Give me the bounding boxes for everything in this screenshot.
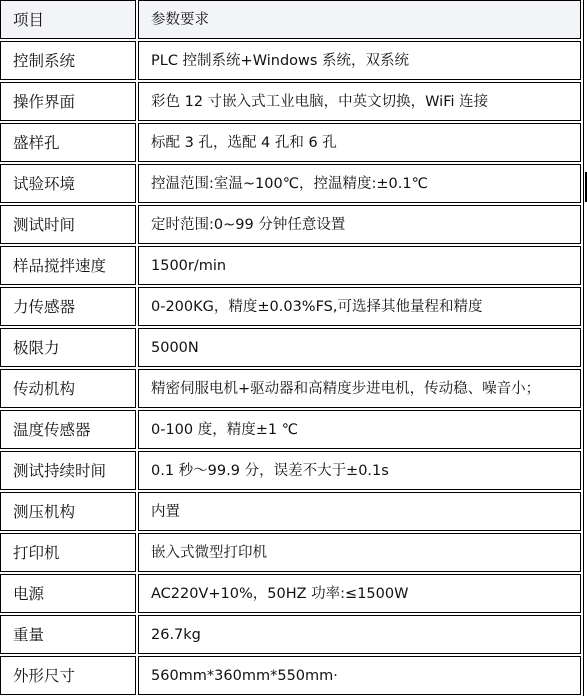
table-row: 测试时间 定时范围:0~99 分钟任意设置 bbox=[0, 205, 581, 244]
table-row: 极限力 5000N bbox=[0, 328, 581, 367]
row-value-cell: 精密伺服电机+驱动器和高精度步进电机，传动稳、噪音小； bbox=[138, 369, 581, 408]
row-value-cell: PLC 控制系统+Windows 系统，双系统 bbox=[138, 41, 581, 80]
row-value-cell: 5000N bbox=[138, 328, 581, 367]
table-row: 外形尺寸 560mm*360mm*550mm· bbox=[0, 656, 581, 695]
row-value-cell: 560mm*360mm*550mm· bbox=[138, 656, 581, 695]
table-row: 测试持续时间 0.1 秒～99.9 分，误差不大于±0.1s bbox=[0, 451, 581, 490]
row-item-cell: 打印机 bbox=[0, 533, 136, 572]
row-item-cell: 操作界面 bbox=[0, 82, 136, 121]
row-item-cell: 盛样孔 bbox=[0, 123, 136, 162]
row-value-cell: 1500r/min bbox=[138, 246, 581, 285]
row-item-cell: 极限力 bbox=[0, 328, 136, 367]
header-value-cell: 参数要求 bbox=[138, 0, 581, 39]
table-row: 电源 AC220V+10%，50HZ 功率:≤1500W bbox=[0, 574, 581, 613]
table-row: 样品搅拌速度 1500r/min bbox=[0, 246, 581, 285]
row-item-cell: 传动机构 bbox=[0, 369, 136, 408]
table-row: 温度传感器 0-100 度，精度±1 ℃ bbox=[0, 410, 581, 449]
table-row: 重量 26.7kg bbox=[0, 615, 581, 654]
table-header-row: 项目 参数要求 bbox=[0, 0, 581, 39]
row-item-cell: 重量 bbox=[0, 615, 136, 654]
table-row: 试验环境 控温范围:室温~100℃，控温精度:±0.1℃ bbox=[0, 164, 581, 203]
row-item-cell: 测试持续时间 bbox=[0, 451, 136, 490]
row-value-cell: 26.7kg bbox=[138, 615, 581, 654]
row-value-cell: 嵌入式微型打印机 bbox=[138, 533, 581, 572]
row-value-cell: 内置 bbox=[138, 492, 581, 531]
table-row: 传动机构 精密伺服电机+驱动器和高精度步进电机，传动稳、噪音小； bbox=[0, 369, 581, 408]
row-value-cell: 0-100 度，精度±1 ℃ bbox=[138, 410, 581, 449]
row-value-cell: 0-200KG，精度±0.03%FS,可选择其他量程和精度 bbox=[138, 287, 581, 326]
row-item-cell: 力传感器 bbox=[0, 287, 136, 326]
spec-table: 项目 参数要求 控制系统 PLC 控制系统+Windows 系统，双系统 操作界… bbox=[0, 0, 584, 696]
table-row: 打印机 嵌入式微型打印机 bbox=[0, 533, 581, 572]
header-item-cell: 项目 bbox=[0, 0, 136, 39]
table-row: 盛样孔 标配 3 孔，选配 4 孔和 6 孔 bbox=[0, 123, 581, 162]
row-item-cell: 样品搅拌速度 bbox=[0, 246, 136, 285]
row-value-cell: 控温范围:室温~100℃，控温精度:±0.1℃ bbox=[138, 164, 581, 203]
row-item-cell: 外形尺寸 bbox=[0, 656, 136, 695]
row-value-cell: 标配 3 孔，选配 4 孔和 6 孔 bbox=[138, 123, 581, 162]
row-item-cell: 控制系统 bbox=[0, 41, 136, 80]
row-value-cell: 彩色 12 寸嵌入式工业电脑，中英文切换，WiFi 连接 bbox=[138, 82, 581, 121]
row-item-cell: 电源 bbox=[0, 574, 136, 613]
row-item-cell: 温度传感器 bbox=[0, 410, 136, 449]
row-value-cell: 0.1 秒～99.9 分，误差不大于±0.1s bbox=[138, 451, 581, 490]
table-row: 操作界面 彩色 12 寸嵌入式工业电脑，中英文切换，WiFi 连接 bbox=[0, 82, 581, 121]
row-value-cell: 定时范围:0~99 分钟任意设置 bbox=[138, 205, 581, 244]
row-item-cell: 试验环境 bbox=[0, 164, 136, 203]
table-row: 控制系统 PLC 控制系统+Windows 系统，双系统 bbox=[0, 41, 581, 80]
table-row: 力传感器 0-200KG，精度±0.03%FS,可选择其他量程和精度 bbox=[0, 287, 581, 326]
table-row: 测压机构 内置 bbox=[0, 492, 581, 531]
row-item-cell: 测试时间 bbox=[0, 205, 136, 244]
row-item-cell: 测压机构 bbox=[0, 492, 136, 531]
row-value-cell: AC220V+10%，50HZ 功率:≤1500W bbox=[138, 574, 581, 613]
